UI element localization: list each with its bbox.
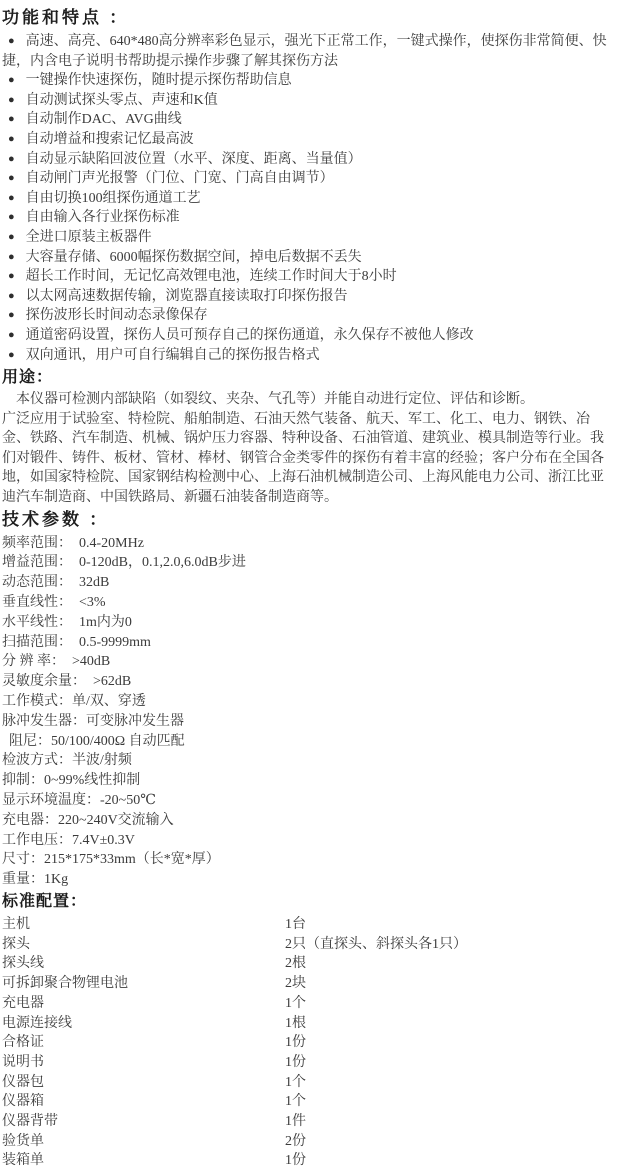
spec-line-gain-range: 增益范围： 0-120dB，0.1,2.0,6.0dB步进: [2, 553, 616, 573]
spec-line-weight: 重量：1Kg: [2, 870, 616, 890]
usage-paragraph-1: 本仪器可检测内部缺陷（如裂纹、夹杂、气孔等）并能自动进行定位、评估和诊断。: [2, 390, 616, 410]
bullet-icon: ●: [2, 349, 26, 361]
bullet-icon: ●: [2, 35, 26, 47]
bullet-icon: ●: [2, 113, 26, 125]
config-item-name: 探头: [2, 935, 285, 955]
feature-item: ●探伤波形长时间动态录像保存: [2, 306, 616, 326]
feature-item: ●自动测试探头零点、声速和K值: [2, 91, 616, 111]
feature-text: 自动测试探头零点、声速和K值: [26, 93, 218, 108]
bullet-icon: ●: [2, 329, 26, 341]
bullet-icon: ●: [2, 172, 26, 184]
spec-line-display-temperature: 显示环境温度：-20~50℃: [2, 791, 616, 811]
feature-text: 自动增益和搜索记忆最高波: [26, 132, 194, 147]
spec-line-pulse-generator: 脉冲发生器：可变脉冲发生器: [2, 712, 616, 732]
bullet-icon: ●: [2, 133, 26, 145]
config-item-qty: 1个: [285, 994, 616, 1014]
usage-paragraph-2: 广泛应用于试验室、特检院、船舶制造、石油天然气装备、航天、军工、化工、电力、钢铁…: [2, 410, 616, 508]
config-item-name: 装箱单: [2, 1151, 285, 1167]
config-item-qty: 2根: [285, 954, 616, 974]
usage-heading: 用途：: [2, 367, 616, 389]
specs-section: 技术参数 ： 频率范围： 0.4-20MHz 增益范围： 0-120dB，0.1…: [2, 509, 616, 890]
bullet-icon: ●: [2, 192, 26, 204]
feature-text: 探伤波形长时间动态录像保存: [26, 308, 208, 323]
feature-text: 自由输入各行业探伤标准: [26, 210, 180, 225]
config-row: 主机1台: [2, 915, 616, 935]
bullet-icon: ●: [2, 309, 26, 321]
config-item-name: 仪器箱: [2, 1092, 285, 1112]
config-item-name: 可拆卸聚合物锂电池: [2, 974, 285, 994]
feature-text: 自由切换100组探伤通道工艺: [26, 191, 201, 206]
spec-line-resolution: 分 辨 率： >40dB: [2, 652, 616, 672]
feature-text: 以太网高速数据传输，浏览器直接读取打印探伤报告: [26, 289, 348, 304]
spec-line-detection-mode: 检波方式：半波/射频: [2, 751, 616, 771]
feature-text: 自动闸门声光报警（门位、门宽、门高自由调节）: [26, 171, 334, 186]
feature-item: ●全进口原装主板器件: [2, 228, 616, 248]
usage-section: 用途： 本仪器可检测内部缺陷（如裂纹、夹杂、气孔等）并能自动进行定位、评估和诊断…: [2, 367, 616, 508]
config-item-name: 探头线: [2, 954, 285, 974]
feature-text: 高速、高亮、640*480高分辨率彩色显示，强光下正常工作，一键式操作，使探伤非…: [2, 34, 607, 69]
config-row: 仪器背带1件: [2, 1112, 616, 1132]
feature-item: ●自动制作DAC、AVG曲线: [2, 110, 616, 130]
bullet-icon: ●: [2, 74, 26, 86]
config-item-name: 说明书: [2, 1053, 285, 1073]
config-row: 探头2只（直探头、斜探头各1只）: [2, 935, 616, 955]
feature-text: 通道密码设置，探伤人员可预存自己的探伤通道，永久保存不被他人修改: [26, 328, 474, 343]
spec-line-damping: 阻尼：50/100/400Ω 自动匹配: [2, 732, 616, 752]
config-row: 验货单2份: [2, 1132, 616, 1152]
config-row: 仪器箱1个: [2, 1092, 616, 1112]
config-item-name: 主机: [2, 915, 285, 935]
feature-text: 一键操作快速探伤，随时提示探伤帮助信息: [26, 73, 292, 88]
config-item-qty: 2份: [285, 1132, 616, 1152]
config-item-qty: 1份: [285, 1033, 616, 1053]
spec-line-scan-range: 扫描范围： 0.5-9999mm: [2, 633, 616, 653]
spec-line-working-voltage: 工作电压：7.4V±0.3V: [2, 831, 616, 851]
config-item-qty: 2只（直探头、斜探头各1只）: [285, 935, 616, 955]
spec-line-dimensions: 尺寸：215*175*33mm（长*宽*厚）: [2, 850, 616, 870]
feature-item: ●超长工作时间，无记忆高效锂电池，连续工作时间大于8小时: [2, 267, 616, 287]
feature-item: ●以太网高速数据传输，浏览器直接读取打印探伤报告: [2, 287, 616, 307]
spec-line-charger: 充电器：220~240V交流输入: [2, 811, 616, 831]
config-row: 电源连接线1根: [2, 1014, 616, 1034]
config-item-qty: 1根: [285, 1014, 616, 1034]
feature-item: ●大容量存储、6000幅探伤数据空间，掉电后数据不丢失: [2, 248, 616, 268]
spec-line-work-mode: 工作模式：单/双、穿透: [2, 692, 616, 712]
specs-heading: 技术参数 ：: [2, 509, 616, 531]
config-heading: 标准配置：: [2, 891, 616, 913]
feature-item: ●一键操作快速探伤，随时提示探伤帮助信息: [2, 71, 616, 91]
document-page: 功能和特点 ： ●高速、高亮、640*480高分辨率彩色显示，强光下正常工作，一…: [0, 0, 620, 1167]
config-item-qty: 1件: [285, 1112, 616, 1132]
spec-line-frequency-range: 频率范围： 0.4-20MHz: [2, 534, 616, 554]
spec-line-rejection: 抑制：0~99%线性抑制: [2, 771, 616, 791]
config-row: 充电器1个: [2, 994, 616, 1014]
spec-line-sensitivity-margin: 灵敏度余量： >62dB: [2, 672, 616, 692]
config-item-name: 合格证: [2, 1033, 285, 1053]
bullet-icon: ●: [2, 270, 26, 282]
config-item-name: 充电器: [2, 994, 285, 1014]
feature-text: 大容量存储、6000幅探伤数据空间，掉电后数据不丢失: [26, 250, 362, 265]
bullet-icon: ●: [2, 231, 26, 243]
features-heading: 功能和特点 ：: [2, 7, 616, 29]
bullet-icon: ●: [2, 153, 26, 165]
spec-line-dynamic-range: 动态范围： 32dB: [2, 573, 616, 593]
feature-text: 全进口原装主板器件: [26, 230, 152, 245]
config-item-qty: 1台: [285, 915, 616, 935]
config-item-name: 仪器包: [2, 1073, 285, 1093]
config-item-name: 仪器背带: [2, 1112, 285, 1132]
feature-item: ●双向通讯，用户可自行编辑自己的探伤报告格式: [2, 346, 616, 366]
config-item-qty: 2块: [285, 974, 616, 994]
feature-item: ●自动显示缺陷回波位置（水平、深度、距离、当量值）: [2, 150, 616, 170]
feature-text: 双向通讯，用户可自行编辑自己的探伤报告格式: [26, 348, 320, 363]
bullet-icon: ●: [2, 290, 26, 302]
feature-item: ●自由输入各行业探伤标准: [2, 208, 616, 228]
config-item-qty: 1份: [285, 1053, 616, 1073]
bullet-icon: ●: [2, 211, 26, 223]
config-section: 标准配置： 主机1台 探头2只（直探头、斜探头各1只） 探头线2根 可拆卸聚合物…: [2, 891, 616, 1167]
bullet-icon: ●: [2, 94, 26, 106]
feature-item: ●自动闸门声光报警（门位、门宽、门高自由调节）: [2, 169, 616, 189]
feature-item: ●自动增益和搜索记忆最高波: [2, 130, 616, 150]
spec-line-vertical-linearity: 垂直线性： <3%: [2, 593, 616, 613]
config-row: 说明书1份: [2, 1053, 616, 1073]
config-row: 仪器包1个: [2, 1073, 616, 1093]
feature-item: ●自由切换100组探伤通道工艺: [2, 189, 616, 209]
config-row: 探头线2根: [2, 954, 616, 974]
feature-text: 超长工作时间，无记忆高效锂电池，连续工作时间大于8小时: [26, 269, 397, 284]
config-item-name: 验货单: [2, 1132, 285, 1152]
config-row: 可拆卸聚合物锂电池2块: [2, 974, 616, 994]
features-section: 功能和特点 ： ●高速、高亮、640*480高分辨率彩色显示，强光下正常工作，一…: [2, 7, 616, 365]
config-item-qty: 1个: [285, 1092, 616, 1112]
bullet-icon: ●: [2, 251, 26, 263]
feature-item: ●通道密码设置，探伤人员可预存自己的探伤通道，永久保存不被他人修改: [2, 326, 616, 346]
config-item-qty: 1份: [285, 1151, 616, 1167]
config-row: 合格证1份: [2, 1033, 616, 1053]
feature-item: ●高速、高亮、640*480高分辨率彩色显示，强光下正常工作，一键式操作，使探伤…: [2, 32, 616, 71]
config-row: 装箱单1份: [2, 1151, 616, 1167]
config-item-qty: 1个: [285, 1073, 616, 1093]
feature-text: 自动制作DAC、AVG曲线: [26, 112, 182, 127]
spec-line-horizontal-linearity: 水平线性： 1m内为0: [2, 613, 616, 633]
feature-text: 自动显示缺陷回波位置（水平、深度、距离、当量值）: [26, 152, 362, 167]
config-item-name: 电源连接线: [2, 1014, 285, 1034]
